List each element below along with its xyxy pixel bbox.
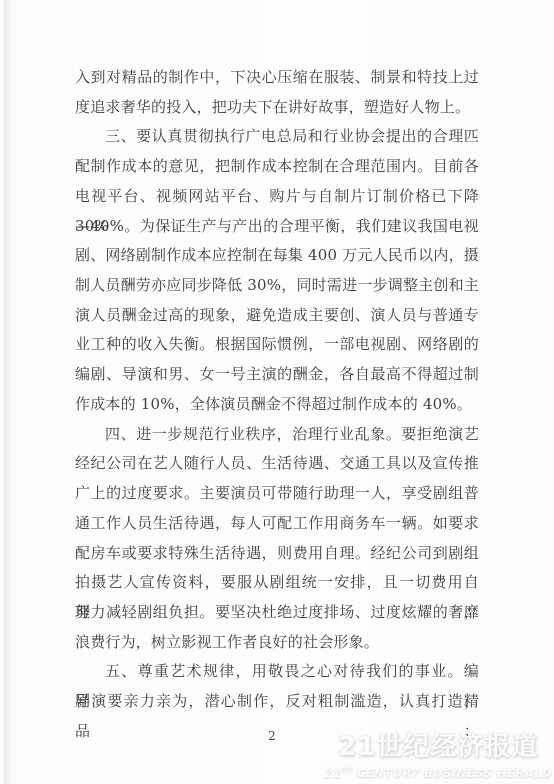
text-line: 五、尊重艺术规律，用敬畏之心对待我们的事业。编剧， — [75, 657, 479, 687]
text-line: 通工作人员生活待遇，每人可配工作用商务车一辆。如要求 — [75, 509, 479, 539]
text-line: 电视平台、视频网站平台、购片与自制片订制价格已下降 30% — [75, 182, 479, 212]
document-body: 入到对精品的制作中，下决心压缩在服装、制景和特技上过度追求奢华的投入，把功夫下在… — [75, 63, 479, 717]
watermark-subtitle-number: 21 — [325, 766, 342, 780]
text-line: 浪费行为，树立影视工作者良好的社会形象。 — [75, 628, 479, 658]
text-line: 配制作成本的意见，把制作成本控制在合理范围内。目前各 — [75, 152, 479, 182]
text-line: 编剧、导演和男、女一号主演的酬金，各自最高不得超过制 — [75, 360, 479, 390]
text-line: 拍摄艺人宣传资料，要服从剧组统一安排，且一切费用自理， — [75, 568, 479, 598]
text-line: 经纪公司在艺人随行人员、生活待遇、交通工具以及宣传推 — [75, 449, 479, 479]
watermark-subtitle-ordinal: ST — [342, 766, 353, 774]
watermark-title: 21世纪经济报道 — [325, 731, 553, 763]
text-line: 作成本的 10%，全体演员酬金不得超过制作成本的 40%。 — [75, 390, 479, 420]
watermark: 21世纪经济报道 21ST CENTURY BUSINESS HERALD — [325, 731, 553, 780]
text-line: 四、进一步规范行业秩序，治理行业乱象。要拒绝演艺 — [75, 420, 479, 450]
text-line: 导演要亲力亲为，潜心制作，反对粗制滥造，认真打造精品； — [75, 687, 479, 717]
watermark-subtitle: 21ST CENTURY BUSINESS HERALD — [325, 763, 553, 780]
text-line: 业工种的收入失衡。根据国际惯例，一部电视剧、网络剧的 — [75, 330, 479, 360]
document-page: 入到对精品的制作中，下决心压缩在服装、制景和特技上过度追求奢华的投入，把功夫下在… — [0, 0, 554, 784]
watermark-subtitle-text: CENTURY BUSINESS HERALD — [352, 766, 552, 780]
text-line: 制人员酬劳亦应同步降低 30%，同时需进一步调整主创和主 — [75, 271, 479, 301]
text-line: —40%。为保证生产与产出的合理平衡，我们建议我国电视 — [75, 212, 479, 242]
text-line: 演人员酬金过高的现象，避免造成主要创、演人员与普通专 — [75, 301, 479, 331]
text-line: 三、要认真贯彻执行广电总局和行业协会提出的合理匹 — [75, 122, 479, 152]
text-line: 广上的过度要求。主要演员可带随行助理一人，享受剧组普 — [75, 479, 479, 509]
text-line: 入到对精品的制作中，下决心压缩在服装、制景和特技上过 — [75, 63, 479, 93]
text-line: 配房车或要求特殊生活待遇，则费用自理。经纪公司到剧组 — [75, 539, 479, 569]
text-line: 努力减轻剧组负担。要坚决杜绝过度排场、过度炫耀的奢靡 — [75, 598, 479, 628]
scan-edge-shadow — [0, 0, 14, 784]
text-line: 度追求奢华的投入，把功夫下在讲好故事，塑造好人物上。 — [75, 93, 479, 123]
text-line: 剧、网络剧制作成本应控制在每集 400 万元人民币以内，摄 — [75, 241, 479, 271]
